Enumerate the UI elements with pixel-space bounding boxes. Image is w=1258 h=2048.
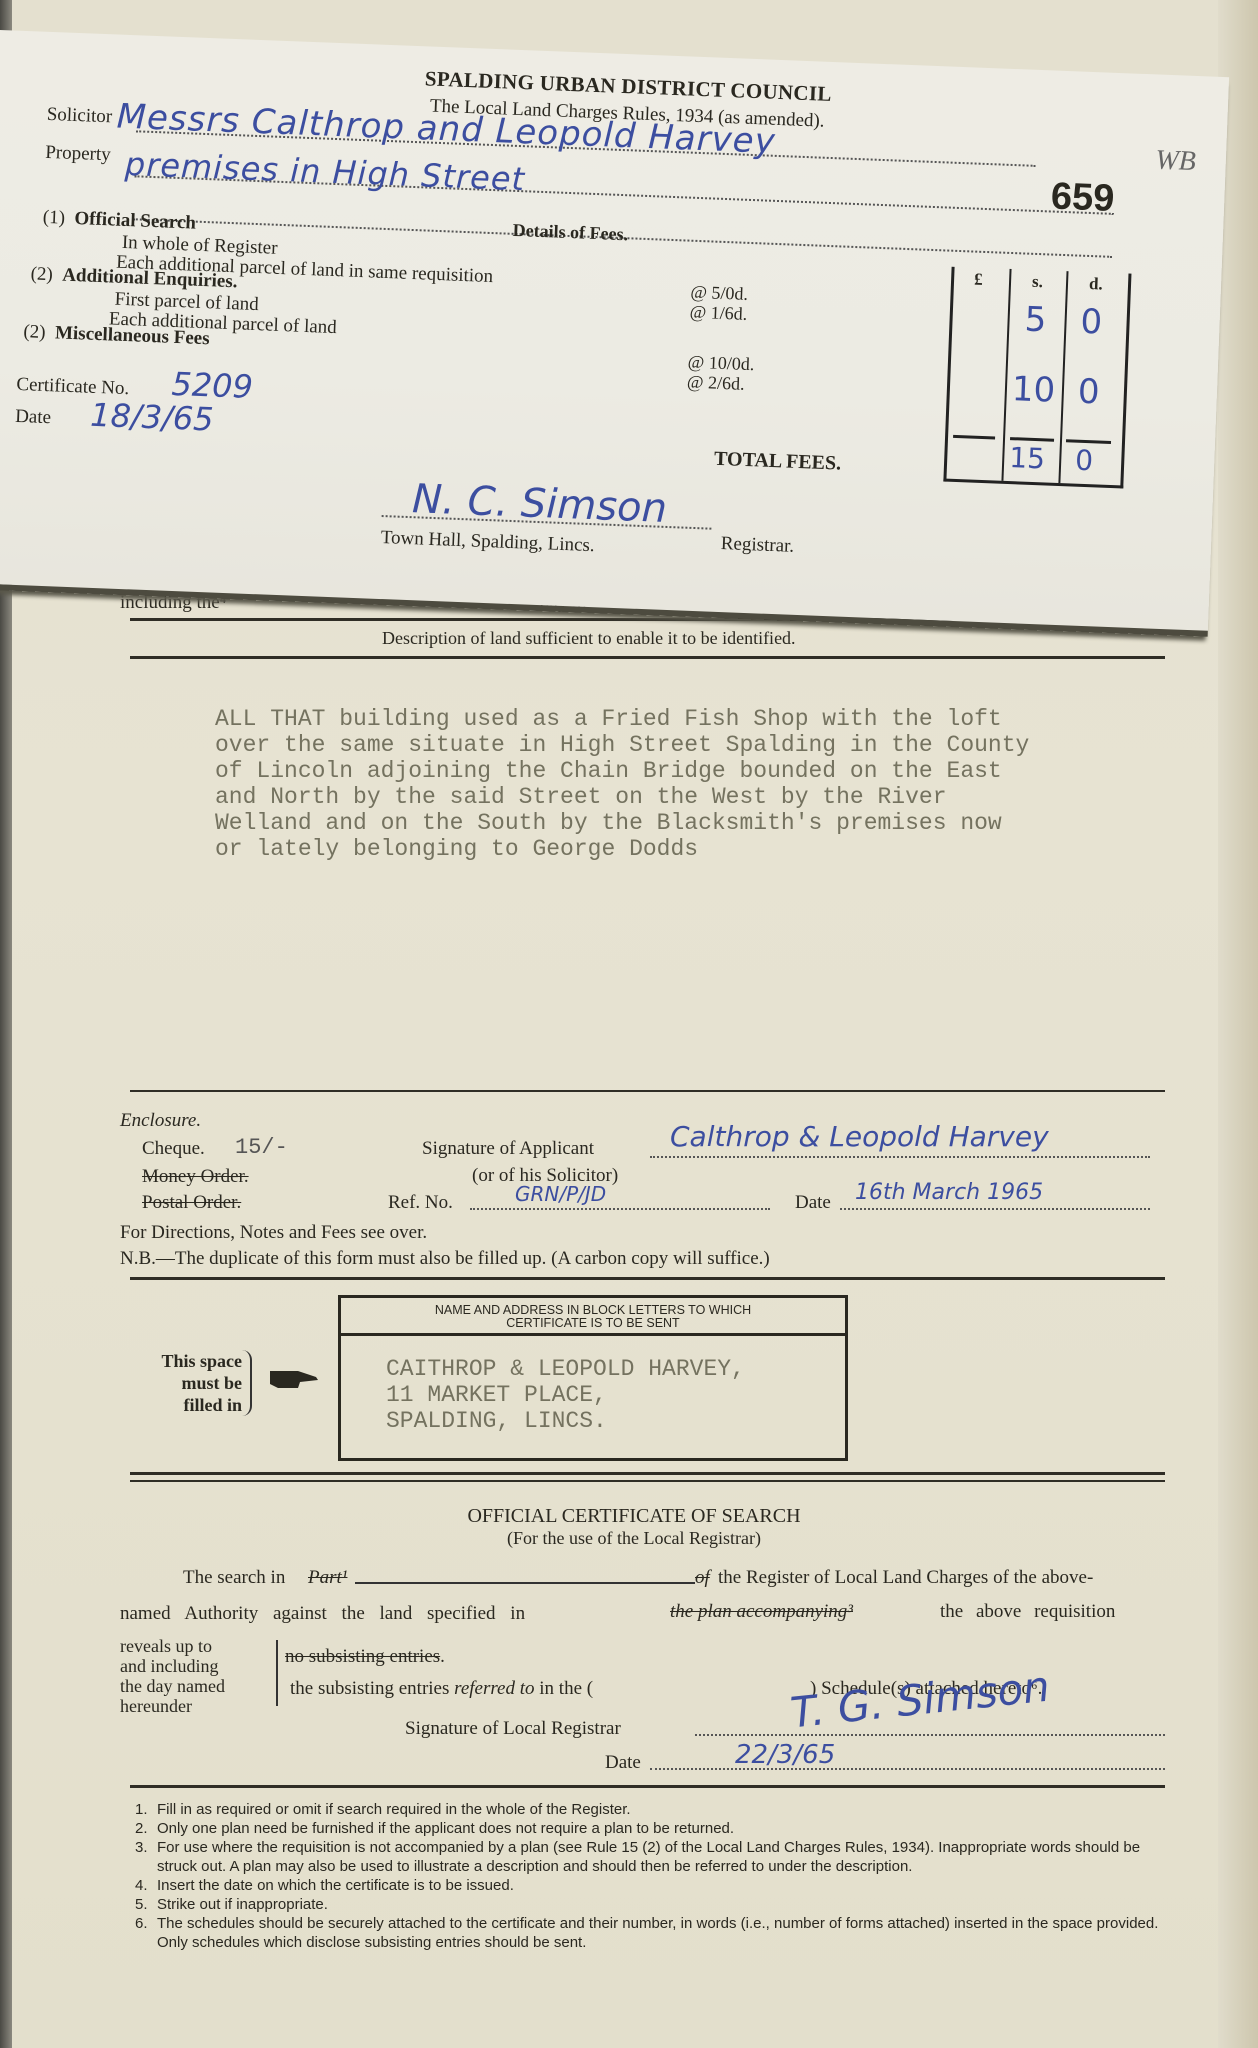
register-text: the Register of Local Land Charges of th… — [718, 1567, 1093, 1589]
applicant-signature: Calthrop & Leopold Harvey — [670, 1120, 1049, 1153]
divider — [130, 1472, 1165, 1475]
above-requisition: the above requisition — [940, 1601, 1115, 1623]
address-box-header: NAME AND ADDRESS IN BLOCK LETTERS TO WHI… — [341, 1298, 845, 1336]
cheque-label: Cheque. — [142, 1138, 205, 1160]
town-hall-address: Town Hall, Spalding, Lincs. — [380, 527, 595, 557]
property-value: premises in High Street — [124, 145, 526, 198]
clerk-initials: WB — [1155, 144, 1197, 178]
solicitor-label: Solicitor — [46, 104, 112, 128]
footnote: 1.Fill in as required or omit if search … — [135, 1800, 1175, 1819]
divider — [130, 1090, 1165, 1092]
ref-no-value: GRN/P/JD — [515, 1182, 606, 1206]
property-label: Property — [45, 142, 111, 166]
fee-receipt-slip: SPALDING URBAN DISTRICT COUNCIL The Loca… — [0, 30, 1229, 637]
fee-section: (1) Official Search — [42, 207, 196, 235]
footnote: 5.Strike out if inappropriate. — [135, 1895, 1175, 1914]
part-line — [355, 1582, 695, 1584]
fee-shillings: 5 — [1024, 300, 1047, 341]
footnote: 3.For use where the requisition is not a… — [135, 1838, 1175, 1876]
paper-edge — [1218, 0, 1258, 2048]
certificate-title: OFFICIAL CERTIFICATE OF SEARCH — [10, 1505, 1258, 1528]
search-in-label: The search in — [183, 1567, 285, 1589]
ref-dots — [470, 1208, 770, 1210]
divider — [130, 1785, 1165, 1788]
enclosure-label: Enclosure. — [120, 1110, 201, 1132]
pounds-header: £ — [974, 270, 983, 290]
of-struck: of — [695, 1567, 710, 1589]
fill-in-note: This space must be filled in — [122, 1350, 242, 1416]
plan-struck: the plan accompanying³ — [670, 1601, 853, 1623]
fee-table: £ s. d. 5 0 10 0 15 0 — [943, 267, 1131, 489]
brace — [242, 1350, 252, 1416]
nb-note: N.B.—The duplicate of this form must als… — [120, 1248, 770, 1270]
column-divider — [1058, 271, 1068, 483]
certificate-subtitle: (For the use of the Local Registrar) — [10, 1528, 1258, 1549]
total-pence: 0 — [1075, 444, 1094, 478]
cheque-amount: 15/- — [235, 1135, 288, 1160]
registrar-label: Registrar. — [720, 533, 794, 558]
signature-dots — [695, 1734, 1165, 1736]
recipient-address: CAITHROP & LEOPOLD HARVEY, 11 MARKET PLA… — [341, 1336, 845, 1434]
slip-number: 659 — [1050, 175, 1115, 220]
shillings-header: s. — [1032, 272, 1044, 292]
registrar-signature: T. G. Simson — [788, 1662, 1052, 1738]
footnote: 4.Insert the date on which the certifica… — [135, 1876, 1175, 1895]
registrar-signature-label: Signature of Local Registrar — [405, 1718, 621, 1740]
slip-date-value: 18/3/65 — [90, 396, 215, 439]
footnote: 6.The schedules should be securely attac… — [135, 1914, 1175, 1952]
date-dots — [840, 1208, 1150, 1210]
reveals-block: reveals up to and including the day name… — [120, 1636, 225, 1716]
signature-dots — [650, 1156, 1150, 1158]
slip-date-label: Date — [15, 406, 52, 429]
certificate-date-label: Date — [605, 1752, 641, 1774]
applicant-signature-label: Signature of Applicant — [422, 1138, 594, 1160]
money-order-struck: Money Order. — [142, 1166, 249, 1188]
divider — [130, 1277, 1165, 1280]
land-description: ALL THAT building used as a Fried Fish S… — [215, 706, 1029, 862]
pence-header: d. — [1089, 274, 1103, 295]
fee-pence: 0 — [1077, 372, 1100, 413]
fee-pence: 0 — [1080, 302, 1103, 343]
ref-no-label: Ref. No. — [388, 1192, 453, 1214]
total-line — [953, 435, 995, 440]
total-shillings: 15 — [1009, 441, 1046, 475]
rate: @ 2/6d. — [687, 372, 745, 395]
applicant-date: 16th March 1965 — [855, 1180, 1043, 1205]
bracket — [272, 1640, 278, 1706]
footnote: 2.Only one plan need be furnished if the… — [135, 1819, 1175, 1838]
postal-order-struck: Postal Order. — [142, 1192, 241, 1214]
description-heading: Description of land sufficient to enable… — [382, 628, 796, 649]
date-dots — [650, 1768, 1165, 1770]
total-fees-label: TOTAL FEES. — [714, 448, 842, 476]
registrar-signature: N. C. Simson — [411, 476, 667, 532]
rate: @ 1/6d. — [689, 302, 747, 325]
pointing-hand-icon — [268, 1368, 320, 1390]
no-entries-line: no subsisting entries. — [285, 1646, 445, 1668]
address-box[interactable]: NAME AND ADDRESS IN BLOCK LETTERS TO WHI… — [338, 1295, 848, 1461]
fee-shillings: 10 — [1011, 369, 1056, 411]
named-authority-text: named Authority against the land specifi… — [120, 1603, 525, 1625]
divider — [130, 656, 1165, 659]
footnotes: 1.Fill in as required or omit if search … — [135, 1800, 1175, 1952]
date-label: Date — [795, 1192, 831, 1214]
part-struck: Part¹ — [308, 1567, 347, 1589]
entries-line: the subsisting entries referred to in th… — [290, 1678, 593, 1700]
details-of-fees: Details of Fees. — [512, 220, 628, 245]
directions-note: For Directions, Notes and Fees see over. — [120, 1222, 427, 1244]
divider — [130, 1480, 1165, 1482]
certificate-date: 22/3/65 — [735, 1740, 835, 1770]
